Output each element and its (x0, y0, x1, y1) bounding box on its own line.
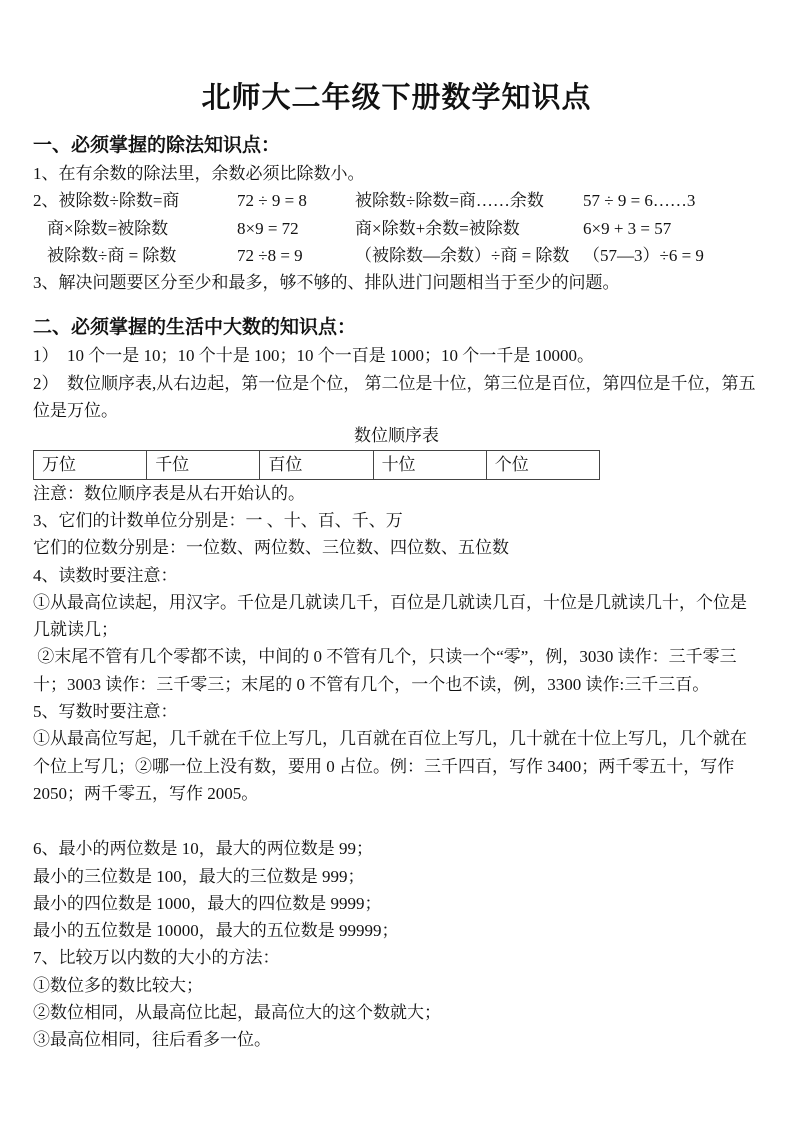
section2-point5: 5、写数时要注意： (33, 698, 760, 725)
section2-heading: 二、必须掌握的生活中大数的知识点： (33, 314, 760, 342)
formula-cell: 6×9 + 3 = 57 (583, 215, 671, 242)
section2-point4b: ②末尾不管有几个零都不读，中间的 0 不管有几个，只读一个“零”，例，3030 … (33, 643, 760, 698)
formula-row-1: 2、被除数÷除数=商 72 ÷ 9 = 8 被除数÷除数=商……余数 57 ÷ … (33, 187, 760, 214)
formula-cell: 商×除数+余数=被除数 (355, 215, 520, 242)
section2-point7-line: ①数位多的数比较大； (33, 972, 760, 999)
section2-point6-line: 最小的四位数是 1000，最大的四位数是 9999； (33, 890, 760, 917)
formula-cell: （被除数—余数）÷商 = 除数 (355, 242, 569, 269)
table-caption: 数位顺序表 (33, 424, 760, 448)
section2-point3b: 它们的位数分别是：一位数、两位数、三位数、四位数、五位数 (33, 534, 760, 561)
formula-cell: 2、被除数÷除数=商 (33, 187, 179, 214)
table-row: 万位 千位 百位 十位 个位 (34, 451, 600, 479)
section2-point2: 2） 数位顺序表,从右边起，第一位是个位， 第二位是十位，第三位是百位，第四位是… (33, 370, 760, 425)
table-cell-bai: 百位 (260, 451, 373, 479)
section2-point6-line: 最小的五位数是 10000，最大的五位数是 99999； (33, 917, 760, 944)
section2-point1: 1） 10 个一是 10；10 个十是 100；10 个一百是 1000；10 … (33, 342, 760, 369)
section1-heading: 一、必须掌握的除法知识点： (33, 132, 760, 160)
formula-cell: 72 ÷8 = 9 (237, 242, 303, 269)
formula-cell: 8×9 = 72 (237, 215, 299, 242)
section1-line1: 1、在有余数的除法里，余数必须比除数小。 (33, 160, 760, 187)
doc-title: 北师大二年级下册数学知识点 (33, 78, 760, 118)
section1-line3: 3、解决问题要区分至少和最多，够不够的、排队进门问题相当于至少的问题。 (33, 269, 760, 296)
formula-cell: 72 ÷ 9 = 8 (237, 187, 307, 214)
section2-point5a: ①从最高位写起，几千就在千位上写几，几百就在百位上写几，几十就在十位上写几，几个… (33, 725, 760, 807)
document-page: 北师大二年级下册数学知识点 一、必须掌握的除法知识点： 1、在有余数的除法里，余… (0, 0, 793, 1122)
table-note: 注意：数位顺序表是从右开始认的。 (33, 480, 760, 507)
formula-row-3: 被除数÷商 = 除数 72 ÷8 = 9 （被除数—余数）÷商 = 除数 （57… (33, 242, 760, 269)
table-cell-ge: 个位 (486, 451, 599, 479)
place-value-table: 万位 千位 百位 十位 个位 (33, 450, 600, 479)
section2-point6-line: 最小的三位数是 100，最大的三位数是 999； (33, 863, 760, 890)
section2-point7: 7、比较万以内数的大小的方法： (33, 944, 760, 971)
section2-point7-line: ③最高位相同，往后看多一位。 (33, 1026, 760, 1053)
section2-point3a: 3、它们的计数单位分别是：一 、十、百、千、万 (33, 507, 760, 534)
section2-point6-line: 6、最小的两位数是 10，最大的两位数是 99； (33, 835, 760, 862)
formula-cell: （57—3）÷6 = 9 (583, 242, 704, 269)
formula-cell: 商×除数=被除数 (47, 215, 168, 242)
section2-point4a: ①从最高位读起，用汉字。千位是几就读几千，百位是几就读几百，十位是几就读几十，个… (33, 589, 760, 644)
formula-cell: 被除数÷除数=商……余数 (355, 187, 544, 214)
table-cell-qian: 千位 (147, 451, 260, 479)
table-cell-wan: 万位 (34, 451, 147, 479)
formula-cell: 57 ÷ 9 = 6……3 (583, 187, 695, 214)
formula-cell: 被除数÷商 = 除数 (47, 242, 176, 269)
section2-point7-line: ②数位相同，从最高位比起，最高位大的这个数就大； (33, 999, 760, 1026)
section2-point4: 4、读数时要注意： (33, 562, 760, 589)
formula-row-2: 商×除数=被除数 8×9 = 72 商×除数+余数=被除数 6×9 + 3 = … (33, 215, 760, 242)
table-cell-shi: 十位 (373, 451, 486, 479)
